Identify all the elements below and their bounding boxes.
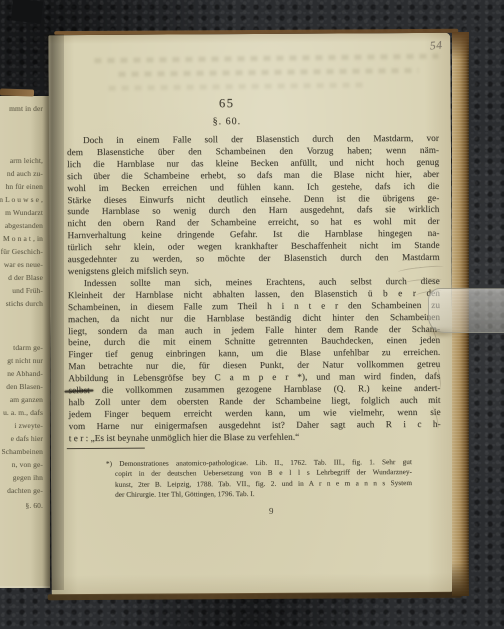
text-line: der Chirurgie. 1ter Thl, Göttingen, 1796… — [106, 488, 412, 500]
text-line: kunst, 2ter B. Leipzig, 1788. Tab. VII.,… — [106, 478, 412, 490]
text-line: dachten ge- — [7, 486, 43, 495]
body-paragraph: Indessen sollte man sich, meines Erachte… — [68, 276, 441, 445]
text-line: vom Harne nur einigermafsen ausgedehnt i… — [69, 419, 441, 433]
text-line: abgestanden — [5, 221, 43, 230]
footnote: *) Demonstrationes anatomico-pathologica… — [106, 457, 412, 500]
text-line: Schambeinen — [1, 447, 43, 456]
fore-edge-bottom-cap — [452, 562, 469, 596]
signature-mark: 9 — [265, 506, 277, 516]
text-line: tdarm ge- — [13, 343, 43, 352]
text-line: e dafs hier — [11, 434, 43, 443]
page-number: 65 — [41, 95, 413, 112]
page-header: 65 §. 60. — [41, 95, 413, 128]
body-paragraph: Doch in einem Falle soll der Blasenstich… — [67, 133, 440, 278]
pencil-folio-number: 54 — [430, 39, 443, 52]
text-line: n L o u w s e , — [0, 195, 43, 204]
text-line: für Geschich- — [1, 247, 43, 256]
footnote-separator — [67, 448, 145, 450]
text-line: arm leicht, — [10, 156, 43, 165]
text-line: den Blasen- — [6, 382, 43, 391]
facing-page-text-fragments: mmt in derarm leicht,nd auch zu-hn für e… — [0, 0, 46, 629]
show-through-text — [94, 54, 438, 64]
text-line: ne Abhand- — [7, 369, 43, 378]
text-line: d der Blase — [8, 273, 43, 282]
book-page: 65 §. 60. Doch in einem Falle soll der B… — [48, 33, 453, 595]
text-line: i zweyte- — [14, 421, 43, 430]
fore-edge-top-cap — [452, 32, 469, 60]
text-line: gegen ihn — [13, 473, 43, 482]
body-text: Doch in einem Falle soll der Blasenstich… — [67, 133, 441, 445]
show-through-text — [109, 82, 369, 90]
text-line: m Wundarzt — [5, 208, 43, 217]
text-line: u. a. m., dafs — [3, 408, 43, 417]
text-line: mmt in der — [9, 104, 43, 113]
text-line: n, von ge- — [12, 460, 43, 469]
text-line: war es neue- — [4, 260, 43, 269]
text-line: ausgedehnter zu werden, so möchte der Bl… — [68, 252, 440, 266]
text-line: nd auch zu- — [7, 169, 43, 178]
transparent-page-tab — [428, 288, 504, 333]
text-line: gt nicht nur — [7, 356, 43, 365]
text-line: M o n a t , in — [3, 234, 43, 243]
text-line: t e r : „Es ist beynahe unmöglich hier d… — [69, 430, 441, 444]
text-line: und Früh- — [12, 286, 43, 295]
book-photo: mmt in derarm leicht,nd auch zu-hn für e… — [0, 0, 504, 629]
text-line: am ganzen — [10, 395, 43, 404]
text-line: hn für einen — [6, 182, 43, 191]
show-through-text — [119, 68, 419, 77]
section-heading: §. 60. — [41, 115, 413, 128]
text-line: stichs durch — [6, 299, 43, 308]
text-line: §. 60. — [26, 501, 43, 510]
